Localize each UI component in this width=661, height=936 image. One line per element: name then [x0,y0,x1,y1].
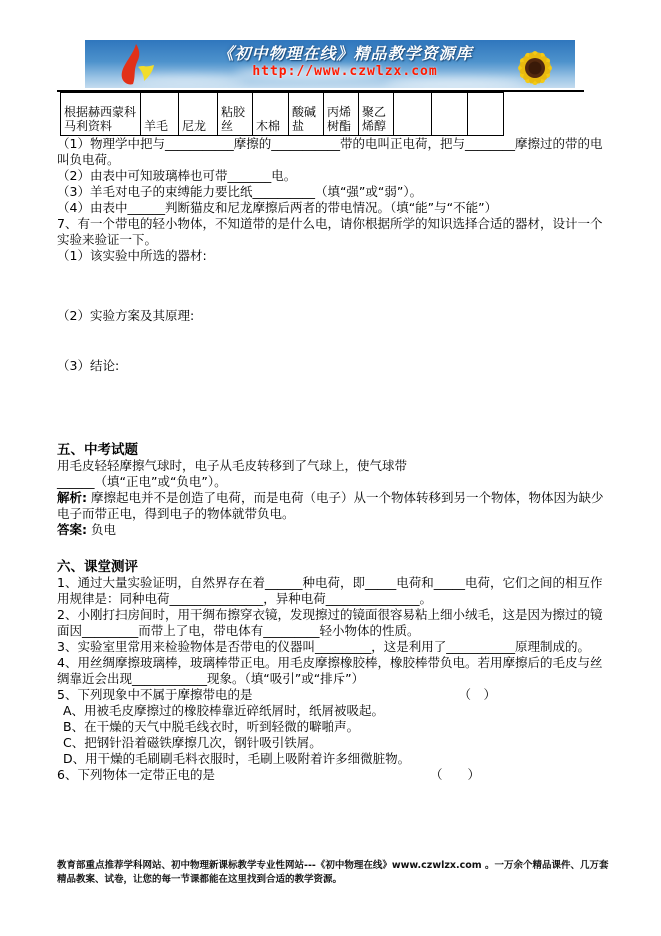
question-7-part2: （2）实验方案及其原理: [57,308,604,324]
table-cell-acrylic: 丙烯树酯 [324,93,359,136]
quiz-question-6-text: 6、下列物体一定带正电的是 [57,767,215,783]
table-cell-empty [394,93,432,136]
table-cell-pva: 聚乙烯醇 [359,93,394,136]
quiz-question-5: 5、下列现象中不属于摩擦带电的是 （ ） [57,687,604,703]
table-cell-kapok: 木棉 [253,93,289,136]
section-gap [57,538,604,559]
quiz-q5-option-c: C、把钢针沿着磁铁摩擦几次，钢针吸引铁屑。 [57,735,604,751]
table-cell-nylon: 尼龙 [179,93,218,136]
exam-section-heading: 五、中考试题 [57,442,604,458]
question-7-part3: （3）结论: [57,358,604,374]
quiz-question-4: 4、用丝绸摩擦玻璃棒，玻璃棒带正电。用毛皮摩擦橡胶棒，橡胶棒带负电。若用摩擦后的… [57,655,604,687]
table-cell-empty [432,93,468,136]
quiz-question-2: 2、小刚打扫房间时，用干绸布擦穿衣镜，发现擦过的镜面很容易粘上细小绒毛，这是因为… [57,607,604,639]
exam-question-line1: 用毛皮轻轻摩擦气球时，电子从毛皮转移到了气球上，使气球带 [57,458,604,474]
sunflower-icon [479,40,575,88]
quiz-question-5-text: 5、下列现象中不属于摩擦带电的是 [57,687,252,703]
exam-answer: 答案: 负电 [57,522,604,538]
quiz-section-heading: 六、课堂测评 [57,559,604,575]
answer-space [57,324,604,358]
page-footer: 教育部重点推荐学科网站、初中物理新课标教学专业性网站---《初中物理在线》www… [57,859,613,886]
table-cell-wool: 羊毛 [141,93,179,136]
table-question-1: （1）物理学中把与___________摩擦的___________带的电叫正电… [57,136,604,168]
question-7-part1: （1）该实验中所选的器材: [57,248,604,264]
czwlzx-logo-icon [111,43,167,88]
header-banner: 《初中物理在线》精品教学资源库 http://www.czwlzx.com [85,40,575,88]
answer-space [57,374,604,442]
quiz-question-1: 1、通过大量实验证明，自然界存在着______种电荷，即_____电荷和____… [57,575,604,607]
table-question-4: （4）由表中______判断猫皮和尼龙摩擦后两者的带电情况。（填“能”与“不能”… [57,200,604,216]
answer-label: 答案: [57,522,87,537]
materials-table: 根据赫西蒙科马利资料 羊毛 尼龙 粘胶丝 木棉 酸碱盐 丙烯树酯 聚乙烯醇 [60,92,504,136]
exam-analysis: 解析: 摩擦起电并不是创造了电荷，而是电荷（电子）从一个物体转移到另一个物体，物… [57,490,604,522]
banner-title: 《初中物理在线》精品教学资源库 [180,44,510,64]
table-cell-source: 根据赫西蒙科马利资料 [61,93,141,136]
table-question-2: （2）由表中可知玻璃棒也可带_______电。 [57,168,604,184]
answer-text: 负电 [87,522,116,537]
banner-url: http://www.czwlzx.com [180,64,510,80]
table-question-3: （3）羊毛对电子的束缚能力要比纸__________（填“强”或“弱”）。 [57,184,604,200]
quiz-q5-option-a: A、用被毛皮摩擦过的橡胶棒靠近碎纸屑时，纸屑被吸起。 [57,703,604,719]
answer-space [57,264,604,308]
exam-question-line2: ______（填“正电”或“负电”）。 [57,474,604,490]
table-cell-salt: 酸碱盐 [289,93,324,136]
quiz-q5-option-d: D、用干燥的毛刷刷毛料衣服时，毛刷上吸附着许多细微脏物。 [57,751,604,767]
answer-blank-paren: （ ） [430,767,480,783]
question-7-intro: 7、有一个带电的轻小物体，不知道带的是什么电，请你根据所学的知识选择合适的器材，… [57,216,604,248]
analysis-label: 解析: [57,490,87,505]
analysis-text: 摩擦起电并不是创造了电荷，而是电荷（电子）从一个物体转移到另一个物体，物体因为缺… [57,490,603,521]
answer-blank-paren: （ ） [458,687,496,703]
quiz-question-6: 6、下列物体一定带正电的是 （ ） [57,767,604,783]
table-cell-empty [468,93,504,136]
quiz-question-3: 3、实验室里常用来检验物体是否带电的仪器叫_________，这是利用了____… [57,639,604,655]
worksheet-page: 《初中物理在线》精品教学资源库 http://www.czwlzx.com [0,0,661,936]
table-cell-viscose: 粘胶丝 [218,93,253,136]
quiz-q5-option-b: B、在干燥的天气中脱毛线衣时，听到轻微的噼啪声。 [57,719,604,735]
